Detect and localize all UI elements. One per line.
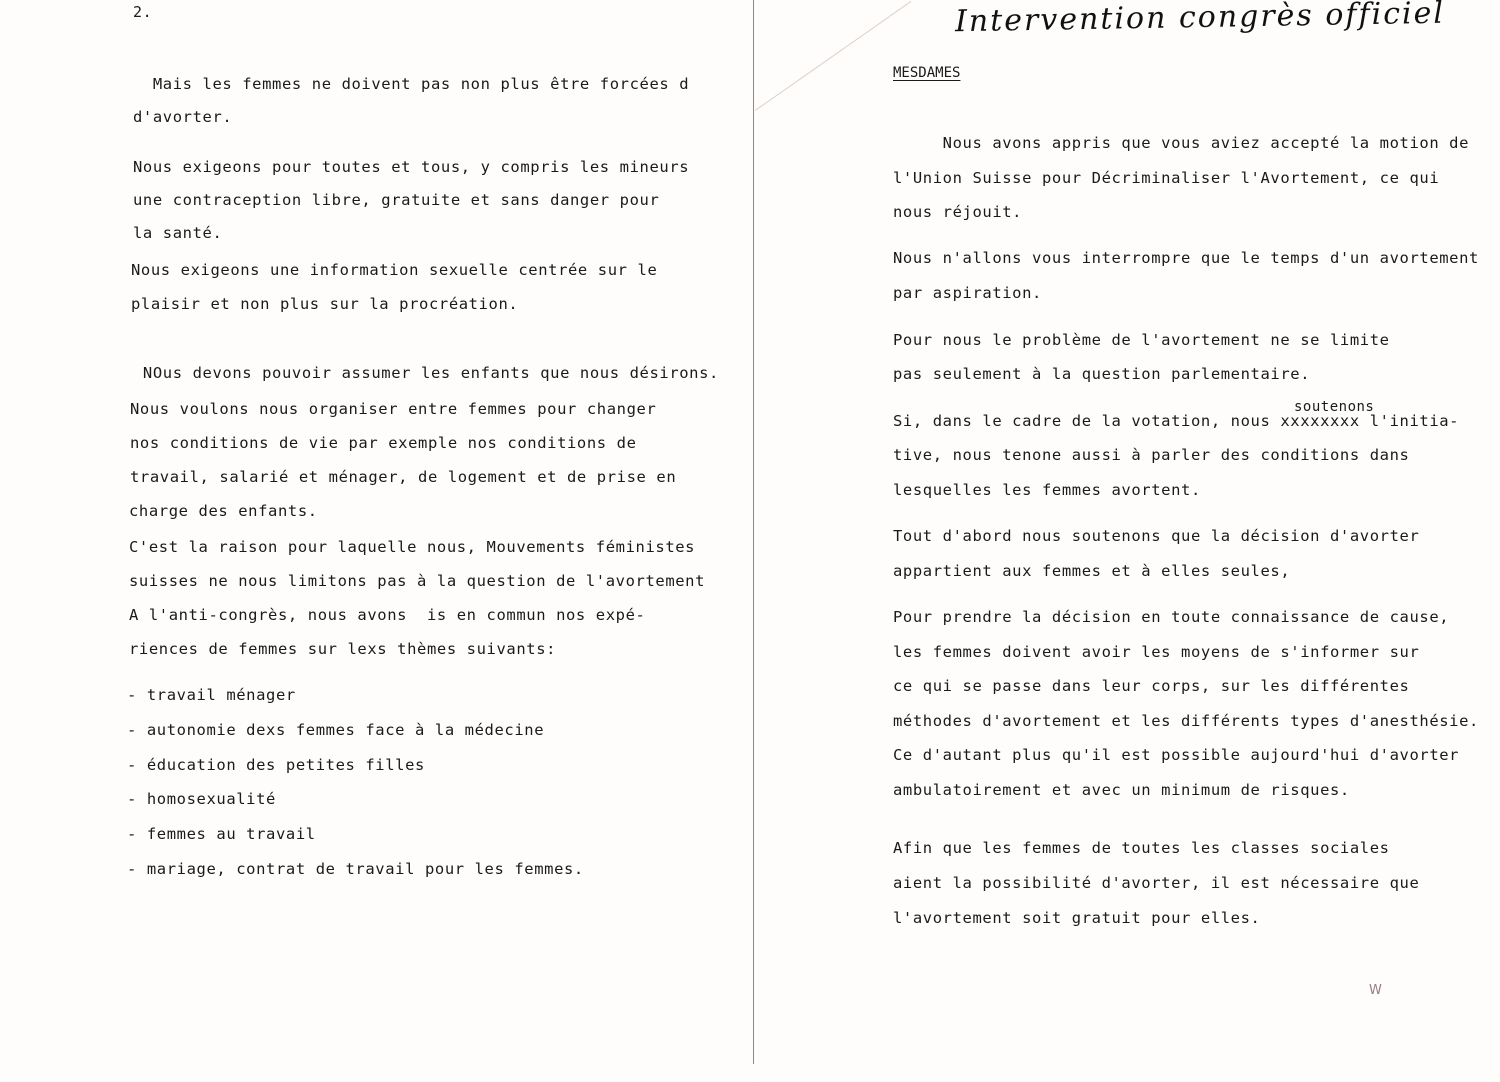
text-line: ce qui se passe dans leur corps, sur les… <box>893 677 1409 695</box>
text-line: nos conditions de vie par exemple nos co… <box>130 434 637 452</box>
text-line: charge des enfants. <box>129 502 318 520</box>
text-line: plaisir et non plus sur la procréation. <box>131 295 518 313</box>
text-line: lesquelles les femmes avortent. <box>893 481 1201 499</box>
text-line: Pour prendre la décision en toute connai… <box>893 608 1449 626</box>
text-line: Nous n'allons vous interrompre que le te… <box>893 249 1479 267</box>
list-item: - mariage, contrat de travail pour les f… <box>127 860 584 878</box>
text-line: Mais les femmes ne doivent pas non plus … <box>133 75 689 93</box>
text-line: appartient aux femmes et à elles seules, <box>893 562 1290 580</box>
left-page: 2. Mais les femmes ne doivent pas non pl… <box>0 0 753 1082</box>
text-line: l'Union Suisse pour Décriminaliser l'Avo… <box>893 169 1439 187</box>
list-item: - homosexualité <box>127 790 276 808</box>
list-item: - femmes au travail <box>127 825 316 843</box>
text-line: Nous voulons nous organiser entre femmes… <box>130 400 656 418</box>
text-line: tive, nous tenone aussi à parler des con… <box>893 446 1409 464</box>
text-line: méthodes d'avortement et les différents … <box>893 712 1479 730</box>
text-line: Pour nous le problème de l'avortement ne… <box>893 331 1390 349</box>
list-item: - autonomie dexs femmes face à la médeci… <box>127 721 544 739</box>
salutation-heading: MESDAMES <box>893 64 960 82</box>
list-item: - éducation des petites filles <box>127 756 425 774</box>
text-line: une contraception libre, gratuite et san… <box>133 191 659 209</box>
text-line: d'avorter. <box>133 108 232 126</box>
text-line: NOus devons pouvoir assumer les enfants … <box>133 364 719 382</box>
text-line: Nous avons appris que vous aviez accepté… <box>893 134 1469 152</box>
corner-mark: W <box>1369 983 1382 998</box>
text-line: A l'anti-congrès, nous avons is en commu… <box>129 606 645 624</box>
text-line: pas seulement à la question parlementair… <box>893 365 1310 383</box>
text-line: C'est la raison pour laquelle nous, Mouv… <box>129 538 695 556</box>
text-line: ambulatoirement et avec un minimum de ri… <box>893 781 1350 799</box>
list-item: - travail ménager <box>127 686 296 704</box>
text-line: la santé. <box>133 224 222 242</box>
text-line: suisses ne nous limitons pas à la questi… <box>129 572 705 590</box>
text-line: Afin que les femmes de toutes les classe… <box>893 839 1390 857</box>
text-line: nous réjouit. <box>893 203 1022 221</box>
text-line: par aspiration. <box>893 284 1042 302</box>
page-number: 2. <box>133 3 152 21</box>
text-line: les femmes doivent avoir les moyens de s… <box>893 643 1419 661</box>
text-line: riences de femmes sur lexs thèmes suivan… <box>129 640 556 658</box>
text-line: Tout d'abord nous soutenons que la décis… <box>893 527 1419 545</box>
text-line: Ce d'autant plus qu'il est possible aujo… <box>893 746 1459 764</box>
text-line: Nous exigeons une information sexuelle c… <box>131 261 657 279</box>
text-line: Si, dans le cadre de la votation, nous x… <box>893 412 1459 430</box>
text-line: travail, salarié et ménager, de logement… <box>130 468 676 486</box>
text-line: l'avortement soit gratuit pour elles. <box>893 909 1260 927</box>
text-line: aient la possibilité d'avorter, il est n… <box>893 874 1419 892</box>
text-line: Nous exigeons pour toutes et tous, y com… <box>133 158 689 176</box>
